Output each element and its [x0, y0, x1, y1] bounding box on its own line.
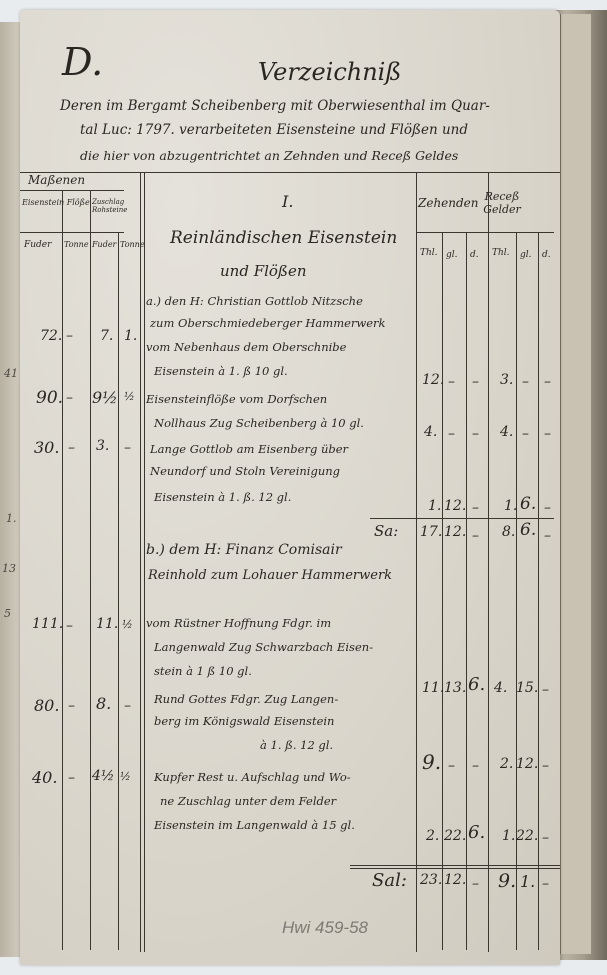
- subtotal-cell: 6.: [520, 520, 536, 540]
- entry-line: Eisensteinflöße vom Dorfschen: [146, 392, 327, 406]
- cell: 4½: [92, 768, 114, 784]
- cell: –: [124, 440, 131, 456]
- cell: 4.: [424, 424, 437, 440]
- cell: –: [68, 698, 75, 714]
- unit-header: d.: [542, 250, 551, 260]
- subtotal-cell: –: [472, 528, 479, 544]
- unit-header: Tonne: [120, 240, 145, 249]
- cell: 9½: [92, 388, 118, 407]
- section-title-line-2: und Flößen: [220, 262, 306, 280]
- entry-line: ne Zuschlag unter dem Felder: [160, 794, 336, 808]
- cell: 9.: [422, 750, 441, 774]
- cell: 2.: [426, 828, 439, 844]
- unit-header: Tonne: [64, 240, 89, 249]
- total-cell: 1.: [520, 872, 535, 891]
- total-rule-double: [350, 868, 560, 869]
- cell: 2.: [500, 756, 513, 772]
- total-rule: [350, 865, 560, 866]
- left-group-header: Maßenen: [28, 173, 85, 187]
- left-subheader-rule: [20, 232, 124, 233]
- cell: 4.: [494, 680, 507, 696]
- margin-note: 13: [2, 562, 16, 575]
- unit-header: Fuder: [92, 240, 116, 249]
- cell: 4.: [500, 424, 513, 440]
- right-header-rule: [416, 232, 554, 233]
- cell: 6.: [468, 674, 485, 695]
- cell: –: [544, 374, 551, 390]
- left-subheader-1: Eisenstein Flöße: [22, 198, 90, 207]
- cell: –: [544, 500, 551, 516]
- entry-line: Neundorf und Stoln Vereinigung: [150, 464, 340, 478]
- cell: –: [448, 758, 455, 774]
- entry-line: zum Oberschmiedeberger Hammerwerk: [150, 316, 386, 330]
- entry-line: berg im Königswald Eisenstein: [154, 714, 334, 728]
- entry-line: Eisenstein à 1. ß. 12 gl.: [154, 490, 291, 504]
- cell: –: [68, 440, 75, 456]
- cell: 6.: [468, 822, 485, 843]
- cell: 1.: [502, 828, 515, 844]
- table-top-rule: [20, 172, 560, 173]
- cell: –: [68, 770, 75, 786]
- cell: 13.: [444, 680, 466, 696]
- margin-note: 41: [4, 367, 18, 380]
- cell: –: [522, 426, 529, 442]
- entry-line: a.) den H: Christian Gottlob Nitzsche: [146, 294, 363, 308]
- unit-header: Fuder: [24, 240, 51, 250]
- entry-line: stein à 1 ß 10 gl.: [154, 664, 252, 678]
- cell: 6.: [520, 494, 536, 514]
- margin-note: 5: [4, 607, 11, 620]
- ledger-page: D. Verzeichniß Deren im Bergamt Scheiben…: [20, 10, 560, 965]
- total-cell: 23.: [420, 872, 442, 888]
- cell: 11.: [422, 680, 444, 696]
- cell: 1.: [428, 498, 441, 514]
- cell: 8.: [96, 694, 111, 713]
- cell: 90.: [36, 388, 63, 408]
- cell: –: [472, 374, 479, 390]
- cell: ½: [122, 618, 133, 631]
- entry-line: à 1. ß. 12 gl.: [260, 738, 333, 752]
- entry-line: vom Rüstner Hoffnung Fdgr. im: [146, 616, 331, 630]
- cell: –: [66, 328, 73, 344]
- cell: –: [66, 390, 73, 406]
- total-cell: 9.: [498, 870, 516, 892]
- intro-line-2: tal Luc: 1797. verarbeiteten Eisensteine…: [80, 122, 468, 138]
- total-cell: –: [472, 876, 479, 892]
- entry-line: Eisenstein im Langenwald à 15 gl.: [154, 818, 355, 832]
- cell: 3.: [500, 372, 513, 388]
- cell: ½: [124, 390, 135, 403]
- left-subheader-2: Zuschlag Rohsteine: [92, 198, 138, 214]
- col-divider: [144, 172, 145, 952]
- intro-line-3: die hier von abzugentrichtet an Zehnden …: [80, 148, 458, 163]
- cell: –: [448, 426, 455, 442]
- cell: 11.: [96, 616, 118, 632]
- cell: –: [472, 426, 479, 442]
- section-number: I.: [282, 192, 293, 211]
- subtotal-rule: [370, 518, 554, 519]
- col-divider: [90, 190, 91, 950]
- subtotal-label: Sa:: [374, 522, 398, 540]
- cell: –: [448, 374, 455, 390]
- cell: –: [542, 682, 549, 698]
- total-label: Sal:: [372, 870, 407, 891]
- subtotal-cell: 12.: [444, 524, 466, 540]
- col-divider: [62, 190, 63, 950]
- unit-header: Thl.: [492, 248, 510, 258]
- cell: 22.: [516, 828, 538, 844]
- cell: –: [472, 500, 479, 516]
- right-header-2: Receß Gelder: [472, 190, 532, 216]
- right-header-1: Zehenden: [418, 196, 479, 210]
- col-divider: [416, 172, 417, 952]
- header-mark: D.: [62, 40, 103, 84]
- col-divider: [488, 172, 489, 952]
- cell: –: [66, 618, 73, 634]
- cell: 22.: [444, 828, 466, 844]
- cell: 30.: [34, 438, 59, 457]
- document-title: Verzeichniß: [258, 58, 401, 86]
- cell: ½: [120, 770, 131, 783]
- entry-line: Rund Gottes Fdgr. Zug Langen-: [154, 692, 338, 706]
- cell: 7.: [100, 328, 113, 344]
- cell: –: [472, 758, 479, 774]
- margin-note: 1.: [6, 512, 17, 525]
- entry-heading-b: b.) dem H: Finanz Comisair: [146, 542, 342, 558]
- entry-line: Eisenstein à 1. ß 10 gl.: [154, 364, 288, 378]
- entry-line: Nollhaus Zug Scheibenberg à 10 gl.: [154, 416, 364, 430]
- cell: 12.: [516, 756, 538, 772]
- col-divider: [442, 232, 443, 950]
- entry-heading-b-2: Reinhold zum Lohauer Hammerwerk: [148, 568, 392, 583]
- section-title-line-1: Reinländischen Eisenstein: [170, 228, 397, 248]
- col-divider: [140, 172, 141, 952]
- cell: 12.: [444, 498, 466, 514]
- subtotal-cell: 17.: [420, 524, 442, 540]
- entry-line: Langenwald Zug Schwarzbach Eisen-: [154, 640, 373, 654]
- unit-header: Thl.: [420, 248, 438, 258]
- cell: –: [124, 698, 131, 714]
- cell: –: [542, 830, 549, 846]
- page-stack-inner: [560, 14, 591, 954]
- archive-signature: Hwi 459-58: [282, 918, 368, 938]
- cell: –: [544, 426, 551, 442]
- cell: 1.: [504, 498, 517, 514]
- total-cell: 12.: [444, 872, 466, 888]
- cell: 40.: [32, 768, 57, 787]
- cell: 72.: [40, 328, 62, 344]
- cell: 3.: [96, 438, 109, 454]
- left-header-rule: [20, 190, 124, 191]
- cell: 111.: [32, 616, 63, 632]
- intro-line-1: Deren im Bergamt Scheibenberg mit Oberwi…: [60, 98, 490, 114]
- entry-line: Kupfer Rest u. Aufschlag und Wo-: [154, 770, 351, 784]
- col-divider: [118, 232, 119, 950]
- cell: –: [542, 758, 549, 774]
- unit-header: gl.: [446, 250, 458, 260]
- subtotal-cell: –: [544, 528, 551, 544]
- entry-line: vom Nebenhaus dem Oberschnibe: [146, 340, 346, 354]
- total-cell: –: [542, 876, 549, 892]
- cell: –: [522, 374, 529, 390]
- subtotal-cell: 8.: [502, 524, 515, 540]
- cell: 80.: [34, 696, 59, 715]
- unit-header: d.: [470, 250, 479, 260]
- cell: 12.: [422, 372, 444, 388]
- cell: 15.: [516, 680, 538, 696]
- unit-header: gl.: [520, 250, 532, 260]
- entry-line: Lange Gottlob am Eisenberg über: [150, 442, 348, 456]
- cell: 1.: [124, 328, 137, 344]
